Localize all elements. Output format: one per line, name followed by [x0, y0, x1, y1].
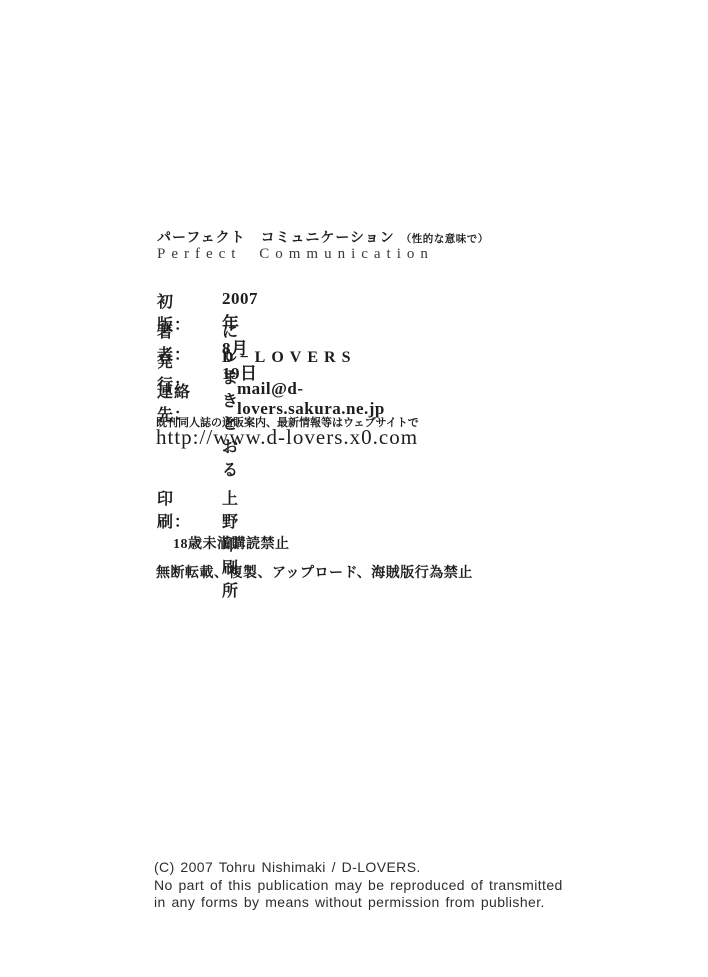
prohibition-notice: 無断転載、複製、アップロード、海賊版行為禁止 — [156, 562, 473, 582]
rights-line-1: No part of this publication may be repro… — [154, 877, 563, 893]
colophon-page: パーフェクト コミュニケーション（性的な意味で） Perfect Communi… — [0, 0, 708, 977]
rights-line-2: in any forms by means without permission… — [154, 894, 545, 910]
title-japanese-text: パーフェクト コミュニケーション — [157, 231, 395, 246]
website-url: http://www.d-lovers.x0.com — [156, 425, 418, 450]
contact-email: mail@d-lovers.sakura.ne.jp — [237, 379, 385, 419]
printer-label: 印刷： — [157, 486, 191, 532]
age-restriction-notice: 18歳未満購読禁止 — [173, 533, 290, 553]
title-english: Perfect Communication — [157, 246, 434, 263]
title-parenthetical-note: （性的な意味で） — [401, 234, 489, 245]
publisher-name: D−LOVERS — [222, 349, 356, 367]
title-japanese: パーフェクト コミュニケーション（性的な意味で） — [157, 227, 489, 247]
copyright-line: (C) 2007 Tohru Nishimaki / D-LOVERS. — [154, 859, 421, 875]
